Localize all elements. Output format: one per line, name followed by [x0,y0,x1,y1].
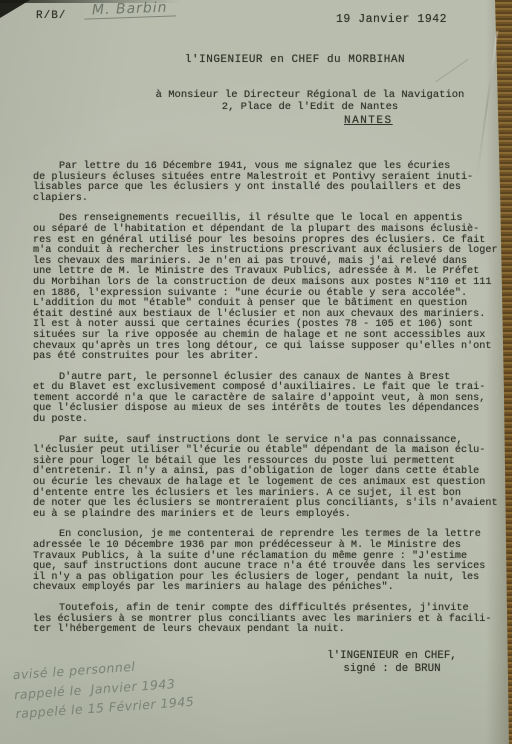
letter-paragraph-6: Toutefois, afin de tenir compte des diff… [33,604,503,636]
filing-reference: R/B/ [36,10,66,22]
signature-block: l'INGENIEUR en CHEF, signé : de BRUN [292,650,492,676]
addressee-block: à Monsieur le Directeur Régional de la N… [110,90,510,113]
handwritten-name-annotation: M. Barbin [84,0,176,20]
letter-paragraph-1: Par lettre du 16 Décembre 1941, vous me … [33,162,503,204]
handwritten-notes-block: avisé le personnel rappelé le Janvier 19… [12,653,195,724]
sender-title: l'INGENIEUR en CHEF du MORBIHAN [90,54,500,66]
scanned-letter-page: R/B/ M. Barbin 19 Janvier 1942 l'INGENIE… [0,0,512,744]
signature-name: signé : de BRUN [292,663,492,676]
letter-paragraph-2: Des renseignements recueillis, il résult… [33,214,503,362]
letter-paragraph-3: D'autre part, le personnel éclusier des … [33,373,503,426]
addressee-city: NANTES [344,115,393,127]
addressee-line1: à Monsieur le Directeur Régional de la N… [110,90,510,102]
letter-paragraph-5: En conclusion, je me contenterai de repr… [33,530,503,594]
signature-title: l'INGENIEUR en CHEF, [292,650,492,663]
addressee-line2: 2, Place de l'Edit de Nantes [110,102,510,114]
letter-body: Par lettre du 16 Décembre 1941, vous me … [33,162,503,646]
letter-date: 19 Janvier 1942 [336,13,447,26]
letter-paragraph-4: Par suite, sauf instructions dont le ser… [33,436,503,521]
